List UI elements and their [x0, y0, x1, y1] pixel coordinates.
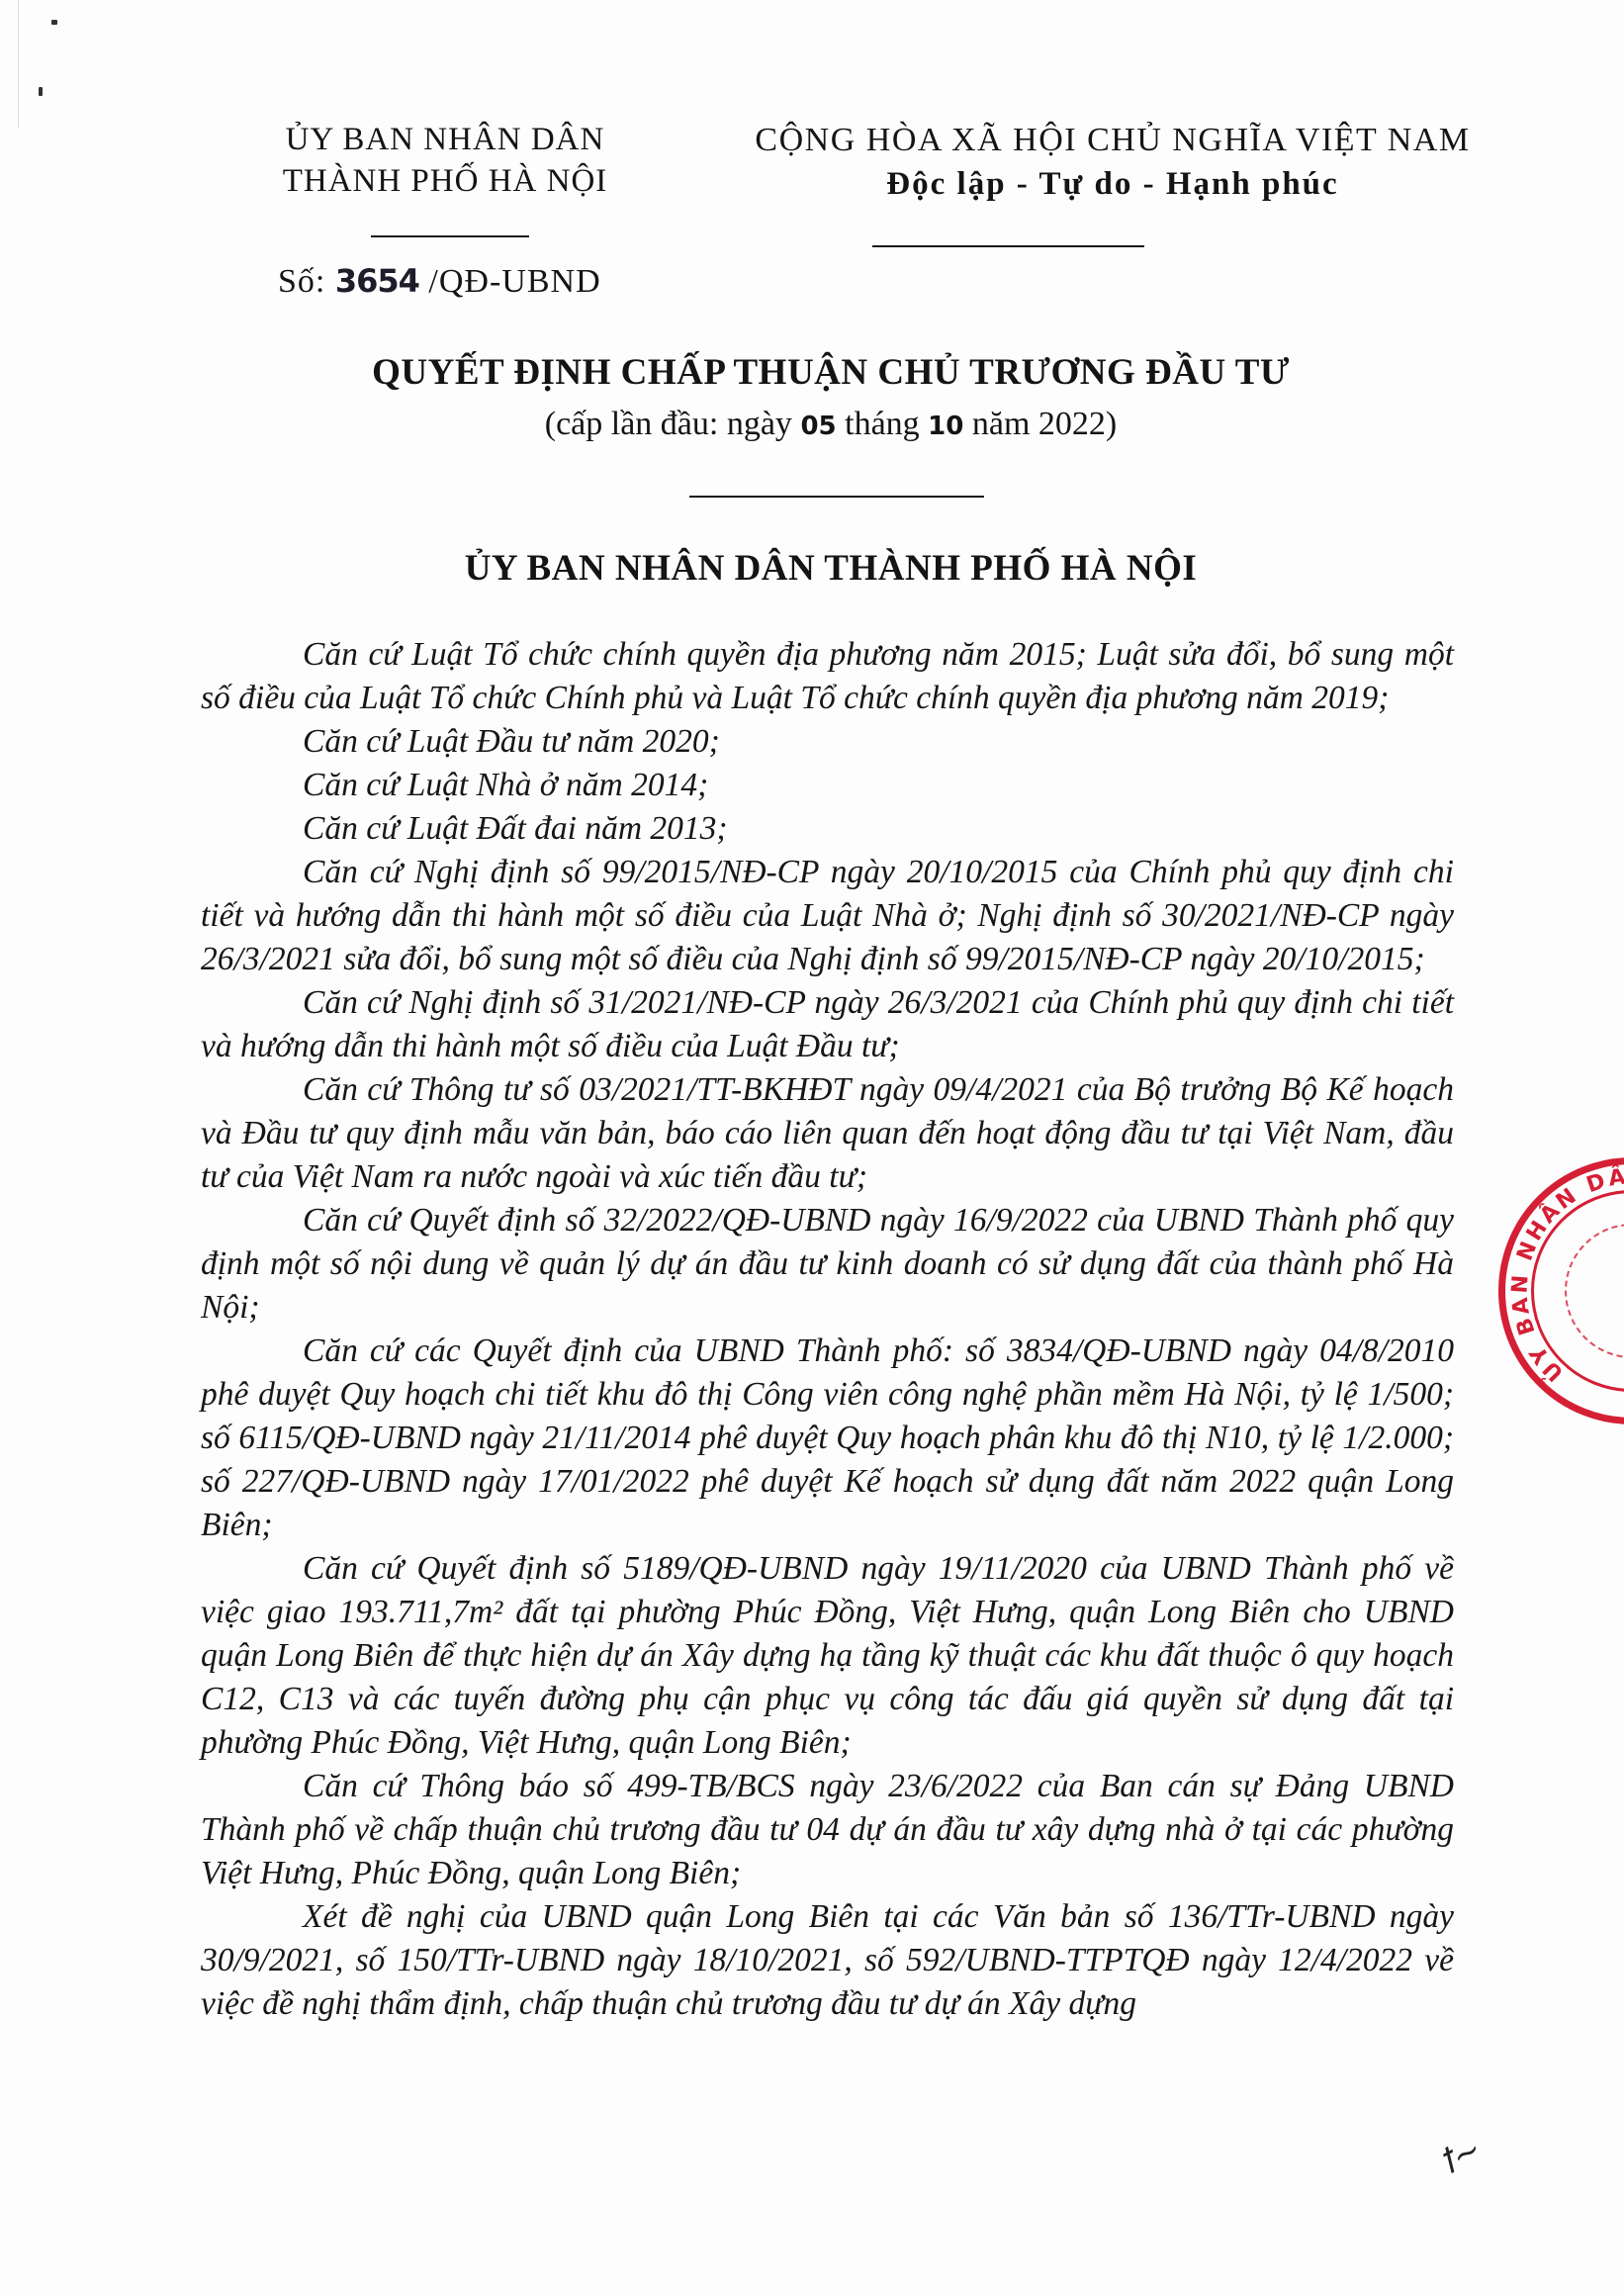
national-motto: CỘNG HÒA XÃ HỘI CHỦ NGHĨA VIỆT NAM Độc l…: [692, 119, 1533, 206]
decision-title: QUYẾT ĐỊNH CHẤP THUẬN CHỦ TRƯƠNG ĐẦU TƯ: [297, 351, 1365, 394]
preamble-paragraph: Căn cứ các Quyết định của UBND Thành phố…: [201, 1330, 1454, 1547]
preamble-paragraph: Căn cứ Nghị định số 99/2015/NĐ-CP ngày 2…: [201, 851, 1454, 981]
preamble-paragraph: Căn cứ Quyết định số 32/2022/QĐ-UBND ngà…: [201, 1199, 1454, 1330]
issuer-heading: ỦY BAN NHÂN DÂN THÀNH PHỐ HÀ NỘI: [297, 547, 1365, 590]
preamble-paragraph: Căn cứ Quyết định số 5189/QĐ-UBND ngày 1…: [201, 1547, 1454, 1765]
motto-underline: [872, 245, 1144, 247]
authority-line-1: ỦY BAN NHÂN DÂN: [237, 119, 653, 160]
document-page: ỦY BAN NHÂN DÂN THÀNH PHỐ HÀ NỘI Số: 365…: [0, 0, 1624, 2295]
motto: Độc lập - Tự do - Hạnh phúc: [692, 162, 1533, 206]
authority-line-2: THÀNH PHỐ HÀ NỘI: [237, 160, 653, 202]
preamble-paragraph: Căn cứ Luật Đầu tư năm 2020;: [201, 720, 1454, 764]
preamble-paragraph: Căn cứ Nghị định số 31/2021/NĐ-CP ngày 2…: [201, 981, 1454, 1068]
scan-edge: [18, 0, 19, 129]
country-name: CỘNG HÒA XÃ HỘI CHỦ NGHĨA VIỆT NAM: [692, 119, 1533, 162]
preamble-paragraph: Căn cứ Thông tư số 03/2021/TT-BKHĐT ngày…: [201, 1068, 1454, 1199]
red-seal-stamp: ỦY BAN NHÂN DÂN: [1498, 1157, 1624, 1424]
decision-subtitle: (cấp lần đầu: ngày 05 tháng 10 năm 2022): [297, 406, 1365, 443]
scan-speck: [51, 20, 57, 25]
preamble-paragraph: Căn cứ Luật Tổ chức chính quyền địa phươ…: [201, 633, 1454, 720]
preamble-paragraph: Căn cứ Luật Nhà ở năm 2014;: [201, 764, 1454, 807]
seal-text: ỦY BAN NHÂN DÂN: [1505, 1164, 1624, 1431]
handwritten-initials: ꝉ~: [1432, 2129, 1489, 2184]
handwritten-day: 05: [800, 412, 836, 441]
preamble-paragraph: Xét đề nghị của UBND quận Long Biên tại …: [201, 1895, 1454, 2026]
authority-underline: [371, 235, 529, 237]
svg-text:ỦY BAN NHÂN DÂN: ỦY BAN NHÂN DÂN: [1507, 1164, 1624, 1388]
document-number: Số: 3654 /QĐ-UBND: [278, 262, 601, 301]
handwritten-number: 3654: [335, 262, 419, 300]
issuing-authority: ỦY BAN NHÂN DÂN THÀNH PHỐ HÀ NỘI: [237, 119, 653, 202]
handwritten-month: 10: [928, 412, 963, 441]
scan-speck: [39, 87, 43, 96]
preamble-paragraph: Căn cứ Thông báo số 499-TB/BCS ngày 23/6…: [201, 1765, 1454, 1895]
preamble-paragraph: Căn cứ Luật Đất đai năm 2013;: [201, 807, 1454, 851]
preamble: Căn cứ Luật Tổ chức chính quyền địa phươ…: [201, 633, 1454, 2026]
title-underline: [689, 496, 984, 498]
